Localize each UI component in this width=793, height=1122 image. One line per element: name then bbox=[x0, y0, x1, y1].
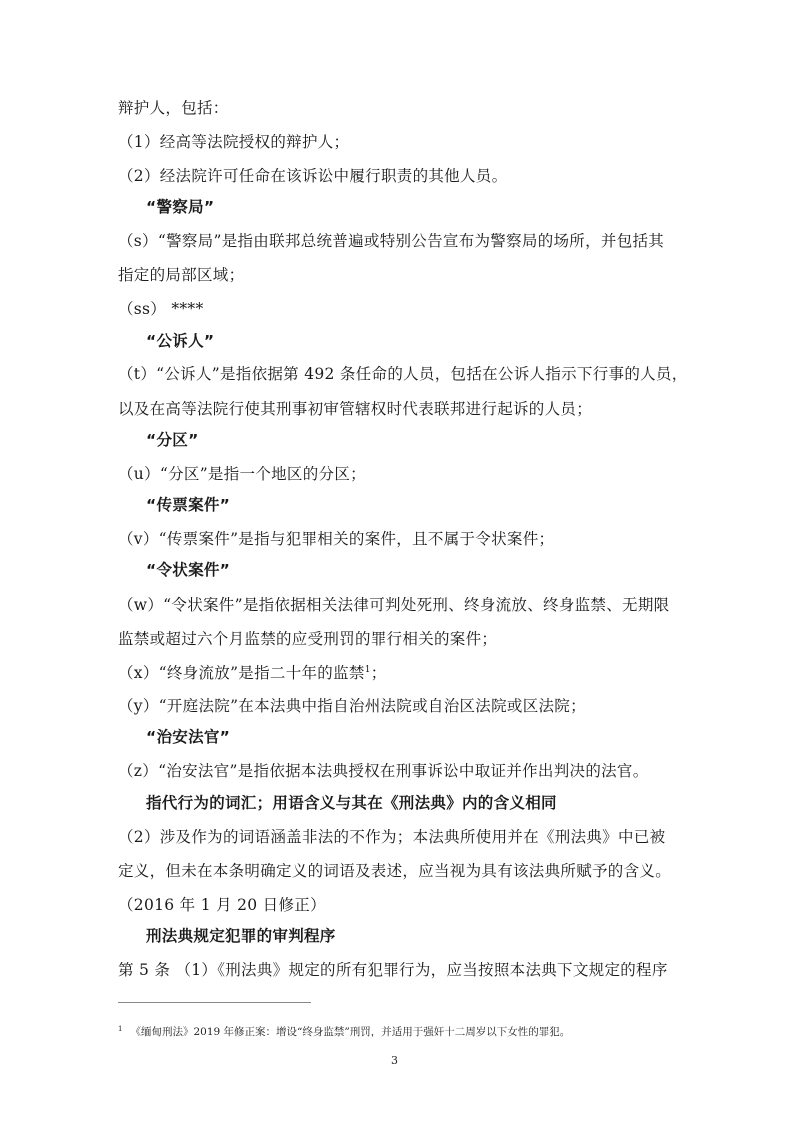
definition-ss: （ss） **** bbox=[118, 299, 204, 319]
footnote-divider bbox=[118, 1002, 311, 1003]
article-5: 第 5 条 （1）《刑法典》规定的所有犯罪行为，应当按照本法典下文规定的程序 bbox=[118, 960, 668, 980]
footnote-text: 《缅甸刑法》2019 年修正案：增设“终身监禁”刑罚，并适用于强奸十二周岁以下女… bbox=[130, 1026, 570, 1038]
paragraph-2-cont: 定义，但未在本条明确定义的词语及表述，应当视为具有该法典所赋予的含义。 bbox=[118, 861, 671, 881]
definition-x: （x）“终身流放”是指二十年的监禁1； bbox=[118, 663, 387, 683]
body-line: 辩护人，包括： bbox=[118, 98, 229, 118]
definition-v: （v）“传票案件”是指与犯罪相关的案件，且不属于令状案件； bbox=[118, 529, 554, 549]
section-heading: “令状案件” bbox=[146, 560, 230, 580]
section-heading: “治安法官” bbox=[146, 727, 230, 747]
definition-t-cont: 以及在高等法院行使其刑事初审管辖权时代表联邦进行起诉的人员； bbox=[118, 399, 592, 419]
definition-x-suffix: ； bbox=[371, 664, 387, 682]
footnote: 1《缅甸刑法》2019 年修正案：增设“终身监禁”刑罚，并适用于强奸十二周岁以下… bbox=[118, 1024, 570, 1039]
paragraph-2: （2）涉及作为的词语涵盖非法的不作为；本法典所使用并在《刑法典》中已被 bbox=[118, 827, 665, 847]
definition-s-cont: 指定的局部区域； bbox=[118, 265, 244, 285]
list-item-1: （1）经高等法院授权的辩护人； bbox=[118, 132, 349, 152]
definition-w: （w）“令状案件”是指依据相关法律可判处死刑、终身流放、终身监禁、无期限 bbox=[118, 595, 669, 615]
page-number: 3 bbox=[391, 1054, 398, 1067]
footnote-mark: 1 bbox=[118, 1025, 122, 1033]
definition-s: （s）“警察局”是指由联邦总统普遍或特别公告宣布为警察局的场所，并包括其 bbox=[118, 231, 664, 251]
definition-x-text: （x）“终身流放”是指二十年的监禁 bbox=[118, 664, 365, 682]
section-heading: 指代行为的词汇；用语含义与其在《刑法典》内的含义相同 bbox=[146, 793, 557, 813]
list-item-2: （2）经法院许可任命在该诉讼中履行职责的其他人员。 bbox=[118, 166, 507, 186]
definition-u: （u）“分区”是指一个地区的分区； bbox=[118, 464, 366, 484]
definition-t: （t）“公诉人”是指依据第 492 条任命的人员，包括在公诉人指示下行事的人员， bbox=[118, 364, 688, 384]
section-heading: “警察局” bbox=[146, 197, 214, 217]
section-heading: “传票案件” bbox=[146, 495, 230, 515]
amendment-note: （2016 年 1 月 20 日修正） bbox=[118, 895, 326, 915]
definition-y: （y）“开庭法院”在本法典中指自治州法院或自治区法院或区法院； bbox=[118, 696, 586, 716]
section-heading: 刑法典规定犯罪的审判程序 bbox=[146, 926, 336, 946]
definition-z: （z）“治安法官”是指依据本法典授权在刑事诉讼中取证并作出判决的法官。 bbox=[118, 761, 649, 781]
section-heading: “公诉人” bbox=[146, 331, 214, 351]
document-page: 辩护人，包括： （1）经高等法院授权的辩护人； （2）经法院许可任命在该诉讼中履… bbox=[0, 0, 793, 1122]
definition-w-cont: 监禁或超过六个月监禁的应受刑罚的罪行相关的案件； bbox=[118, 629, 497, 649]
section-heading: “分区” bbox=[146, 430, 199, 450]
